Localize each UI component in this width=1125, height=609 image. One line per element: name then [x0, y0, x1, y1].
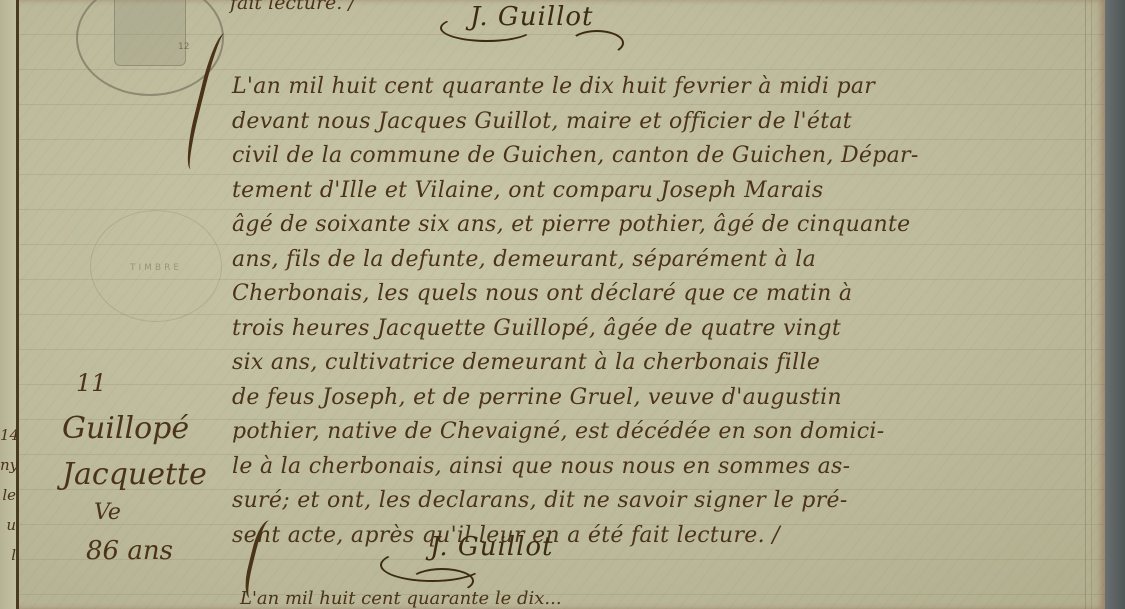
- signature-flourish-icon: [570, 30, 624, 56]
- deceased-surname: Guillopé: [50, 406, 220, 452]
- next-entry-fragment: L'an mil huit cent quarante le dix...: [240, 588, 562, 609]
- stamp-year: 12: [178, 42, 189, 52]
- margin-note: 11 Guillopé Jacquette Ve 86 ans: [50, 360, 220, 574]
- book-cover-edge: [1105, 0, 1125, 609]
- register-page: 14 ny le u l TIMBRE ROYAL 12 TIMBRE fait…: [0, 0, 1105, 609]
- widow-status: Ve: [50, 498, 220, 528]
- left-page-fragments: 14 ny le u l: [0, 420, 16, 570]
- page-margin-rule: [16, 0, 19, 609]
- record-line: L'an mil huit cent quarante le dix huit …: [232, 70, 1072, 105]
- record-line: devant nous Jacques Guillot, maire et of…: [232, 105, 1072, 140]
- stamp-figure-icon: [114, 0, 186, 66]
- record-line: sent acte, après qu'il leur en a été fai…: [232, 519, 1072, 554]
- record-line: le à la cherbonais, ainsi que nous nous …: [232, 450, 1072, 485]
- signature-flourish-icon: [440, 14, 534, 42]
- fragment: l: [11, 546, 16, 564]
- record-line: six ans, cultivatrice demeurant à la che…: [232, 346, 1072, 381]
- right-margin-rule: [1085, 0, 1086, 609]
- record-line: tement d'Ille et Vilaine, ont comparu Jo…: [232, 174, 1072, 209]
- entry-number: 11: [50, 360, 220, 406]
- record-line: ans, fils de la defunte, demeurant, sépa…: [232, 243, 1072, 278]
- fragment: ny: [0, 456, 18, 474]
- record-line: Cherbonais, les quels nous ont déclaré q…: [232, 277, 1072, 312]
- fragment: 14: [0, 426, 19, 444]
- record-line: âgé de soixante six ans, et pierre pothi…: [232, 208, 1072, 243]
- deceased-age: 86 ans: [50, 528, 220, 574]
- previous-entry-closing: fait lecture. /: [230, 0, 355, 14]
- record-line: de feus Joseph, et de perrine Gruel, veu…: [232, 381, 1072, 416]
- record-line: trois heures Jacquette Guillopé, âgée de…: [232, 312, 1072, 347]
- deceased-given-name: Jacquette: [50, 452, 220, 498]
- record-line: pothier, native de Chevaigné, est décédé…: [232, 415, 1072, 450]
- death-record-text: L'an mil huit cent quarante le dix huit …: [232, 70, 1072, 553]
- fragment: le: [2, 486, 16, 504]
- record-line: civil de la commune de Guichen, canton d…: [232, 139, 1072, 174]
- watermark-text: TIMBRE: [91, 263, 221, 273]
- fragment: u: [6, 516, 16, 534]
- paper-watermark: TIMBRE: [90, 210, 222, 322]
- record-line: suré; et ont, les declarans, dit ne savo…: [232, 484, 1072, 519]
